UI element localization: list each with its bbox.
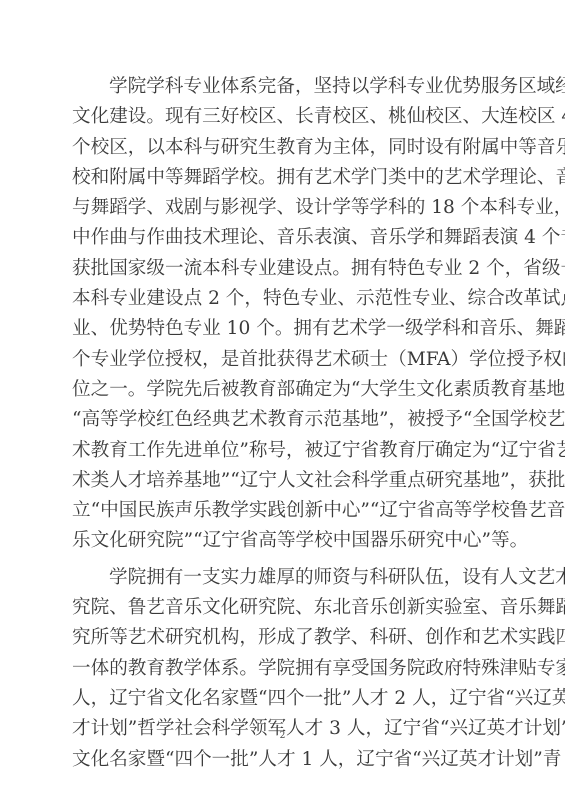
- paragraph-1: 学院学科专业体系完备，坚持以学科专业优势服务区域经济 文化建设。现有三好校区、长…: [72, 72, 492, 557]
- paragraph-2: 学院拥有一支实力雄厚的师资与科研队伍，设有人文艺术研 究院、鲁艺音乐文化研究院、…: [72, 563, 492, 775]
- text-line: 中作曲与作曲技术理论、音乐表演、音乐学和舞蹈表演 4 个专业: [72, 223, 492, 253]
- text-line: 究所等艺术研究机构，形成了教学、科研、创作和艺术实践四位: [72, 623, 492, 653]
- text-line: 个专业学位授权，是首批获得艺术硕士（MFA）学位授予权的单: [72, 345, 492, 375]
- text-line: 学院拥有一支实力雄厚的师资与科研队伍，设有人文艺术研: [72, 563, 492, 593]
- text-line: 一体的教育教学体系。学院拥有享受国务院政府特殊津贴专家 3: [72, 654, 492, 684]
- text-line: 与舞蹈学、戏剧与影视学、设计学等学科的 18 个本科专业，其: [72, 193, 492, 223]
- text-line: 立“中国民族声乐教学实践创新中心”“辽宁省高等学校鲁艺音: [72, 496, 492, 526]
- text-line: 位之一。学院先后被教育部确定为“大学生文化素质教育基地”: [72, 375, 492, 405]
- text-line: 术类人才培养基地”“辽宁人文社会科学重点研究基地”，获批成: [72, 466, 492, 496]
- text-line: 术教育工作先进单位”称号，被辽宁省教育厅确定为“辽宁省艺: [72, 436, 492, 466]
- text-line: 学院学科专业体系完备，坚持以学科专业优势服务区域经济: [72, 72, 492, 102]
- text-line: 业、优势特色专业 10 个。拥有艺术学一级学科和音乐、舞蹈两: [72, 314, 492, 344]
- text-line: 个校区，以本科与研究生教育为主体，同时设有附属中等音乐学: [72, 133, 492, 163]
- text-line: 文化建设。现有三好校区、长青校区、桃仙校区、大连校区 4: [72, 102, 492, 132]
- text-line: 究院、鲁艺音乐文化研究院、东北音乐创新实验室、音乐舞蹈研: [72, 593, 492, 623]
- text-line: 本科专业建设点 2 个，特色专业、示范性专业、综合改革试点专: [72, 284, 492, 314]
- text-line: 人，辽宁省文化名家暨“四个一批”人才 2 人，辽宁省“兴辽英: [72, 684, 492, 714]
- body-text: 学院学科专业体系完备，坚持以学科专业优势服务区域经济 文化建设。现有三好校区、长…: [72, 72, 492, 775]
- document-page: 学院学科专业体系完备，坚持以学科专业优势服务区域经济 文化建设。现有三好校区、长…: [0, 0, 565, 800]
- text-line: 文化名家暨“四个一批”人才 1 人，辽宁省“兴辽英才计划”青: [72, 745, 492, 775]
- text-line: 获批国家级一流本科专业建设点。拥有特色专业 2 个，省级一流: [72, 254, 492, 284]
- text-line: 乐文化研究院”“辽宁省高等学校中国器乐研究中心”等。: [72, 526, 492, 556]
- text-line: 校和附属中等舞蹈学校。拥有艺术学门类中的艺术学理论、音乐: [72, 163, 492, 193]
- page-number: 2: [0, 731, 565, 741]
- text-line: “高等学校红色经典艺术教育示范基地”，被授予“全国学校艺: [72, 405, 492, 435]
